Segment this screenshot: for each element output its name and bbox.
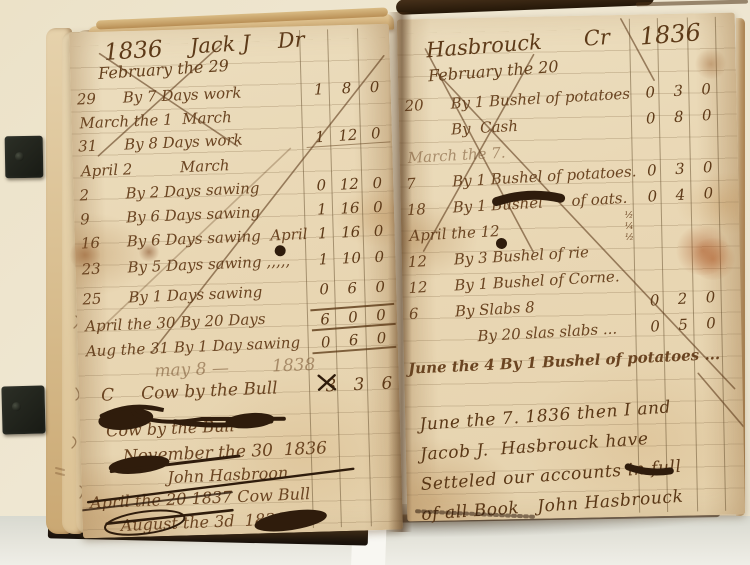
cover-top-edge	[396, 0, 654, 15]
row-day: 12	[407, 252, 427, 271]
header-year: 1836	[639, 18, 702, 50]
book-clasp-top	[5, 136, 44, 179]
row-day: 7	[406, 175, 417, 194]
row-day: 31	[78, 137, 98, 156]
row-amount: 030	[637, 157, 722, 180]
row-amount: 1160	[308, 221, 393, 243]
row-amount: 336	[317, 373, 402, 397]
row-amount: 1100	[309, 247, 394, 269]
fraction-marks: ½ ¼ ½	[621, 211, 638, 244]
ledger-photo: 1836 Jack J Dr February the 29 29 By 7 D…	[0, 0, 750, 565]
clasp-rivet	[15, 152, 24, 161]
row-description: Cow by the Bull	[106, 416, 235, 440]
row-amount: 180	[304, 77, 389, 99]
row-amount: 030	[636, 80, 721, 103]
row-description: April the 12	[409, 222, 500, 245]
row-description: By Cash	[451, 117, 519, 139]
clasp-rivet	[12, 402, 21, 411]
ledger-page-right: Hasbrouck Cr 1836 February the 20 20 By …	[397, 13, 745, 522]
row-day: 16	[81, 234, 101, 253]
row-day: 9	[80, 210, 90, 228]
row-amount: 060	[310, 277, 395, 299]
header-side-cr: Cr	[583, 25, 611, 51]
row-amount: 060	[311, 328, 396, 354]
row-amount: 080	[636, 106, 721, 129]
row-description: By 8 Days work	[124, 131, 243, 154]
row-amount: 040	[638, 183, 723, 206]
row-day: 2	[79, 186, 89, 204]
row-day: 6	[408, 305, 419, 324]
row-day: 23	[81, 260, 101, 279]
row-prefix: C	[101, 385, 115, 406]
row-description: Cow by the Bull	[141, 378, 278, 404]
row-description: John Hasbroon	[167, 463, 289, 487]
row-day: 18	[406, 200, 426, 219]
row-description: By Slabs 8	[454, 298, 535, 320]
header-side-dr: Dr	[277, 27, 305, 53]
ledger-page-left: 1836 Jack J Dr February the 29 29 By 7 D…	[69, 24, 403, 539]
row-day: 20	[404, 96, 424, 115]
row-day: 12	[408, 278, 428, 297]
row-day: 25	[82, 290, 102, 309]
header-name: Jack J	[189, 31, 251, 59]
row-amount: 020	[640, 287, 725, 310]
row-amount: 050	[641, 313, 726, 336]
row-amount: 1160	[308, 197, 393, 219]
row-description: By 7 Days work	[122, 84, 241, 107]
row-amount: 1120	[305, 123, 390, 148]
row-amount: 0120	[307, 173, 392, 195]
book-clasp-bottom	[1, 385, 45, 434]
row-day: 29	[76, 90, 96, 109]
